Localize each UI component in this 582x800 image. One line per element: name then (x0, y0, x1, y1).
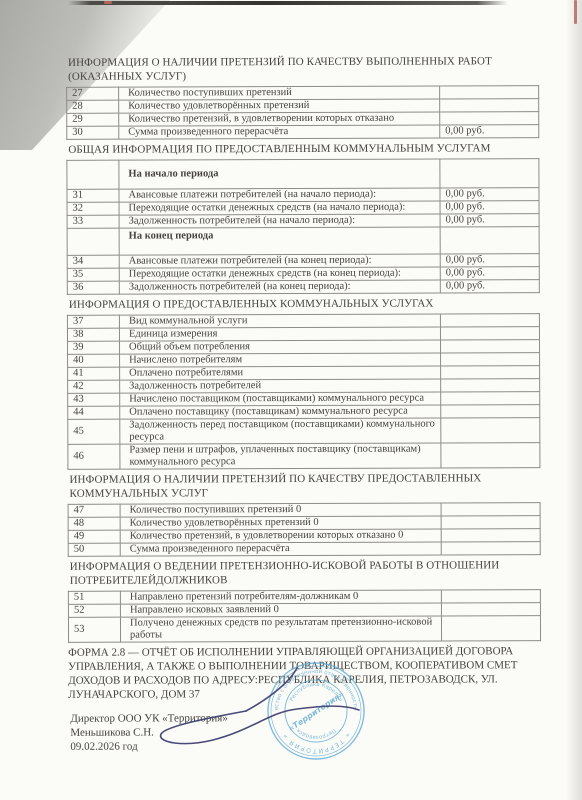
table-row: 34Авансовые платежи потребителей (на кон… (67, 254, 539, 269)
cell-label: Задолженность потребителей (на конец пер… (119, 280, 440, 294)
cell-num: 33 (67, 215, 119, 228)
cell-label: Задолженность перед поставщиком (поставщ… (120, 418, 441, 444)
section-title-debt-claims: ИНФОРМАЦИЯ О ВЕДЕНИИ ПРЕТЕНЗИОННО-ИСКОВО… (70, 558, 532, 588)
cell-value (441, 353, 540, 366)
cell-label: Задолженность потребителей (на начало пе… (119, 214, 440, 228)
table-row: На начало периода (67, 159, 539, 190)
cell-value (441, 603, 540, 616)
cell-value: 0,00 руб. (440, 125, 539, 138)
cell-label: Единица измерения (119, 327, 440, 341)
cell-label: На конец периода (119, 227, 440, 255)
cell-label: Оплачено потребителями (120, 366, 441, 380)
cell-label: Вид коммунальной услуги (119, 314, 440, 328)
cell-num: 29 (67, 113, 119, 126)
cell-label: Направлено претензий потребителям-должни… (120, 590, 441, 604)
cell-value: 0,00 руб. (440, 254, 539, 267)
cell-value (441, 340, 540, 353)
cell-label: Размер пени и штрафов, уплаченных постав… (120, 443, 441, 469)
cell-num: 39 (68, 341, 120, 354)
cell-label: Оплачено поставщику (поставщикам) коммун… (120, 405, 441, 419)
scan-top-edge-line (68, 1, 508, 5)
cell-label: Количество претензий, в удовлетворении к… (120, 529, 441, 543)
cell-num: 43 (68, 393, 120, 406)
section-title-work-claims: ИНФОРМАЦИЯ О НАЛИЧИИ ПРЕТЕНЗИЙ ПО КАЧЕСТ… (68, 54, 530, 84)
cell-value (441, 616, 540, 641)
cell-label: Начислено потребителям (120, 353, 441, 367)
cell-value (441, 542, 540, 555)
cell-num: 36 (67, 281, 119, 294)
cell-value (440, 112, 539, 125)
table-row: 45Задолженность перед поставщиком (поста… (68, 418, 540, 445)
cell-value: 0,00 руб. (440, 267, 539, 280)
cell-value (441, 516, 540, 529)
scan-red-mark-right (574, 0, 577, 24)
cell-label: Переходящие остатки денежных средств (на… (119, 201, 440, 215)
cell-num: 42 (68, 380, 120, 393)
table-row: На конец периода (67, 227, 539, 256)
cell-label: Переходящие остатки денежных средств (на… (119, 267, 440, 281)
cell-num: 34 (67, 255, 119, 268)
cell-num: 52 (68, 604, 120, 617)
section-title-communal-services: ИНФОРМАЦИЯ О ПРЕДОСТАВЛЕННЫХ КОММУНАЛЬНЫ… (69, 296, 531, 312)
cell-num: 53 (68, 617, 120, 642)
signature-block: Директор ООО УК «Территория» Меньшикова … (70, 710, 540, 754)
table-row: 30Сумма произведенного перерасчёта0,00 р… (67, 125, 539, 140)
cell-value (441, 392, 540, 405)
cell-value: 0,00 руб. (440, 188, 539, 201)
cell-num: 27 (67, 87, 119, 100)
cell-label: Авансовые платежи потребителей (на конец… (119, 254, 440, 268)
cell-num: 41 (68, 367, 120, 380)
communal-services-table: 37Вид коммунальной услуги38Единица измер… (67, 313, 541, 470)
table-row: 46Размер пени и штрафов, уплаченных пост… (68, 443, 540, 470)
cell-value (441, 443, 540, 468)
cell-value (440, 86, 539, 99)
cell-label: Направлено исковых заявлений 0 (120, 603, 441, 617)
cell-num: 35 (67, 268, 119, 281)
cell-label: Общий объем потребления (120, 340, 441, 354)
cell-num: 38 (67, 328, 119, 341)
cell-value (440, 159, 539, 188)
table-row: 32Переходящие остатки денежных средств (… (67, 201, 539, 216)
cell-label: Количество поступивших претензий 0 (120, 503, 441, 517)
table-row: 33Задолженность потребителей (на начало … (67, 214, 539, 229)
cell-label: Начислено поставщиком (поставщиками) ком… (120, 392, 441, 406)
cell-num: 32 (67, 202, 119, 215)
scan-right-edge-shadow (566, 0, 582, 800)
cell-value (441, 503, 540, 516)
signer-date: 09.02.2026 год (70, 738, 540, 754)
table-row: 53Получено денежных средств по результат… (68, 616, 540, 643)
cell-value (440, 327, 539, 340)
cell-num (67, 160, 119, 189)
table-row: 50Сумма произведенного перерасчёта (68, 542, 540, 557)
cell-value (441, 590, 540, 603)
communal-general-table: На начало периода31Авансовые платежи пот… (66, 158, 539, 295)
cell-label: Количество удовлетворённых претензий (119, 99, 440, 113)
cell-num (67, 228, 119, 255)
cell-value (441, 366, 540, 379)
cell-num: 40 (68, 354, 120, 367)
scan-red-mark-top (104, 1, 112, 4)
cell-label: Авансовые платежи потребителей (на начал… (119, 188, 440, 202)
cell-num: 47 (68, 504, 120, 517)
cell-value (441, 405, 540, 418)
cell-value (440, 99, 539, 112)
cell-num: 28 (67, 100, 119, 113)
cell-num: 30 (67, 126, 119, 139)
cell-label: Количество удовлетворённых претензий 0 (120, 516, 441, 530)
cell-label: Количество поступивших претензий (119, 86, 440, 100)
cell-label: На начало периода (119, 159, 440, 189)
document-content: ИНФОРМАЦИЯ О НАЛИЧИИ ПРЕТЕНЗИЙ ПО КАЧЕСТ… (66, 51, 540, 754)
cell-value (441, 529, 540, 542)
cell-label: Получено денежных средств по результатам… (120, 616, 441, 642)
cell-num: 37 (67, 315, 119, 328)
cell-label: Количество претензий, в удовлетворении к… (119, 112, 440, 126)
communal-claims-table: 47Количество поступивших претензий 048Ко… (68, 502, 541, 557)
cell-value (440, 314, 539, 327)
cell-num: 50 (68, 543, 120, 556)
cell-num: 46 (68, 444, 120, 469)
cell-value (440, 227, 539, 254)
section-title-communal-general: ОБЩАЯ ИНФОРМАЦИЯ ПО ПРЕДОСТАВЛЕННЫМ КОММ… (68, 141, 530, 157)
cell-num: 45 (68, 419, 120, 444)
cell-label: Сумма произведенного перерасчёта (119, 125, 440, 139)
cell-value: 0,00 руб. (440, 280, 539, 293)
cell-num: 31 (67, 189, 119, 202)
section-title-communal-claims: ИНФОРМАЦИЯ О НАЛИЧИИ ПРЕТЕНЗИЙ ПО КАЧЕСТ… (69, 471, 531, 501)
cell-value: 0,00 руб. (440, 201, 539, 214)
cell-label: Задолженность потребителей (120, 379, 441, 393)
work-claims-table: 27Количество поступивших претензий28Коли… (66, 85, 539, 140)
cell-num: 51 (68, 591, 120, 604)
cell-num: 44 (68, 406, 120, 419)
table-row: 35Переходящие остатки денежных средств (… (67, 267, 539, 282)
cell-value (441, 418, 540, 443)
debt-claims-table: 51Направлено претензий потребителям-долж… (68, 589, 541, 643)
table-row: 31Авансовые платежи потребителей (на нач… (67, 188, 539, 203)
form-description: ФОРМА 2.8 — ОТЧЁТ ОБ ИСПОЛНЕНИИ УПРАВЛЯЮ… (68, 644, 540, 702)
cell-num: 49 (68, 530, 120, 543)
cell-label: Сумма произведенного перерасчёта (120, 542, 441, 556)
cell-value (441, 379, 540, 392)
table-row: 36Задолженность потребителей (на конец п… (67, 280, 539, 295)
cell-value: 0,00 руб. (440, 214, 539, 227)
cell-num: 48 (68, 517, 120, 530)
